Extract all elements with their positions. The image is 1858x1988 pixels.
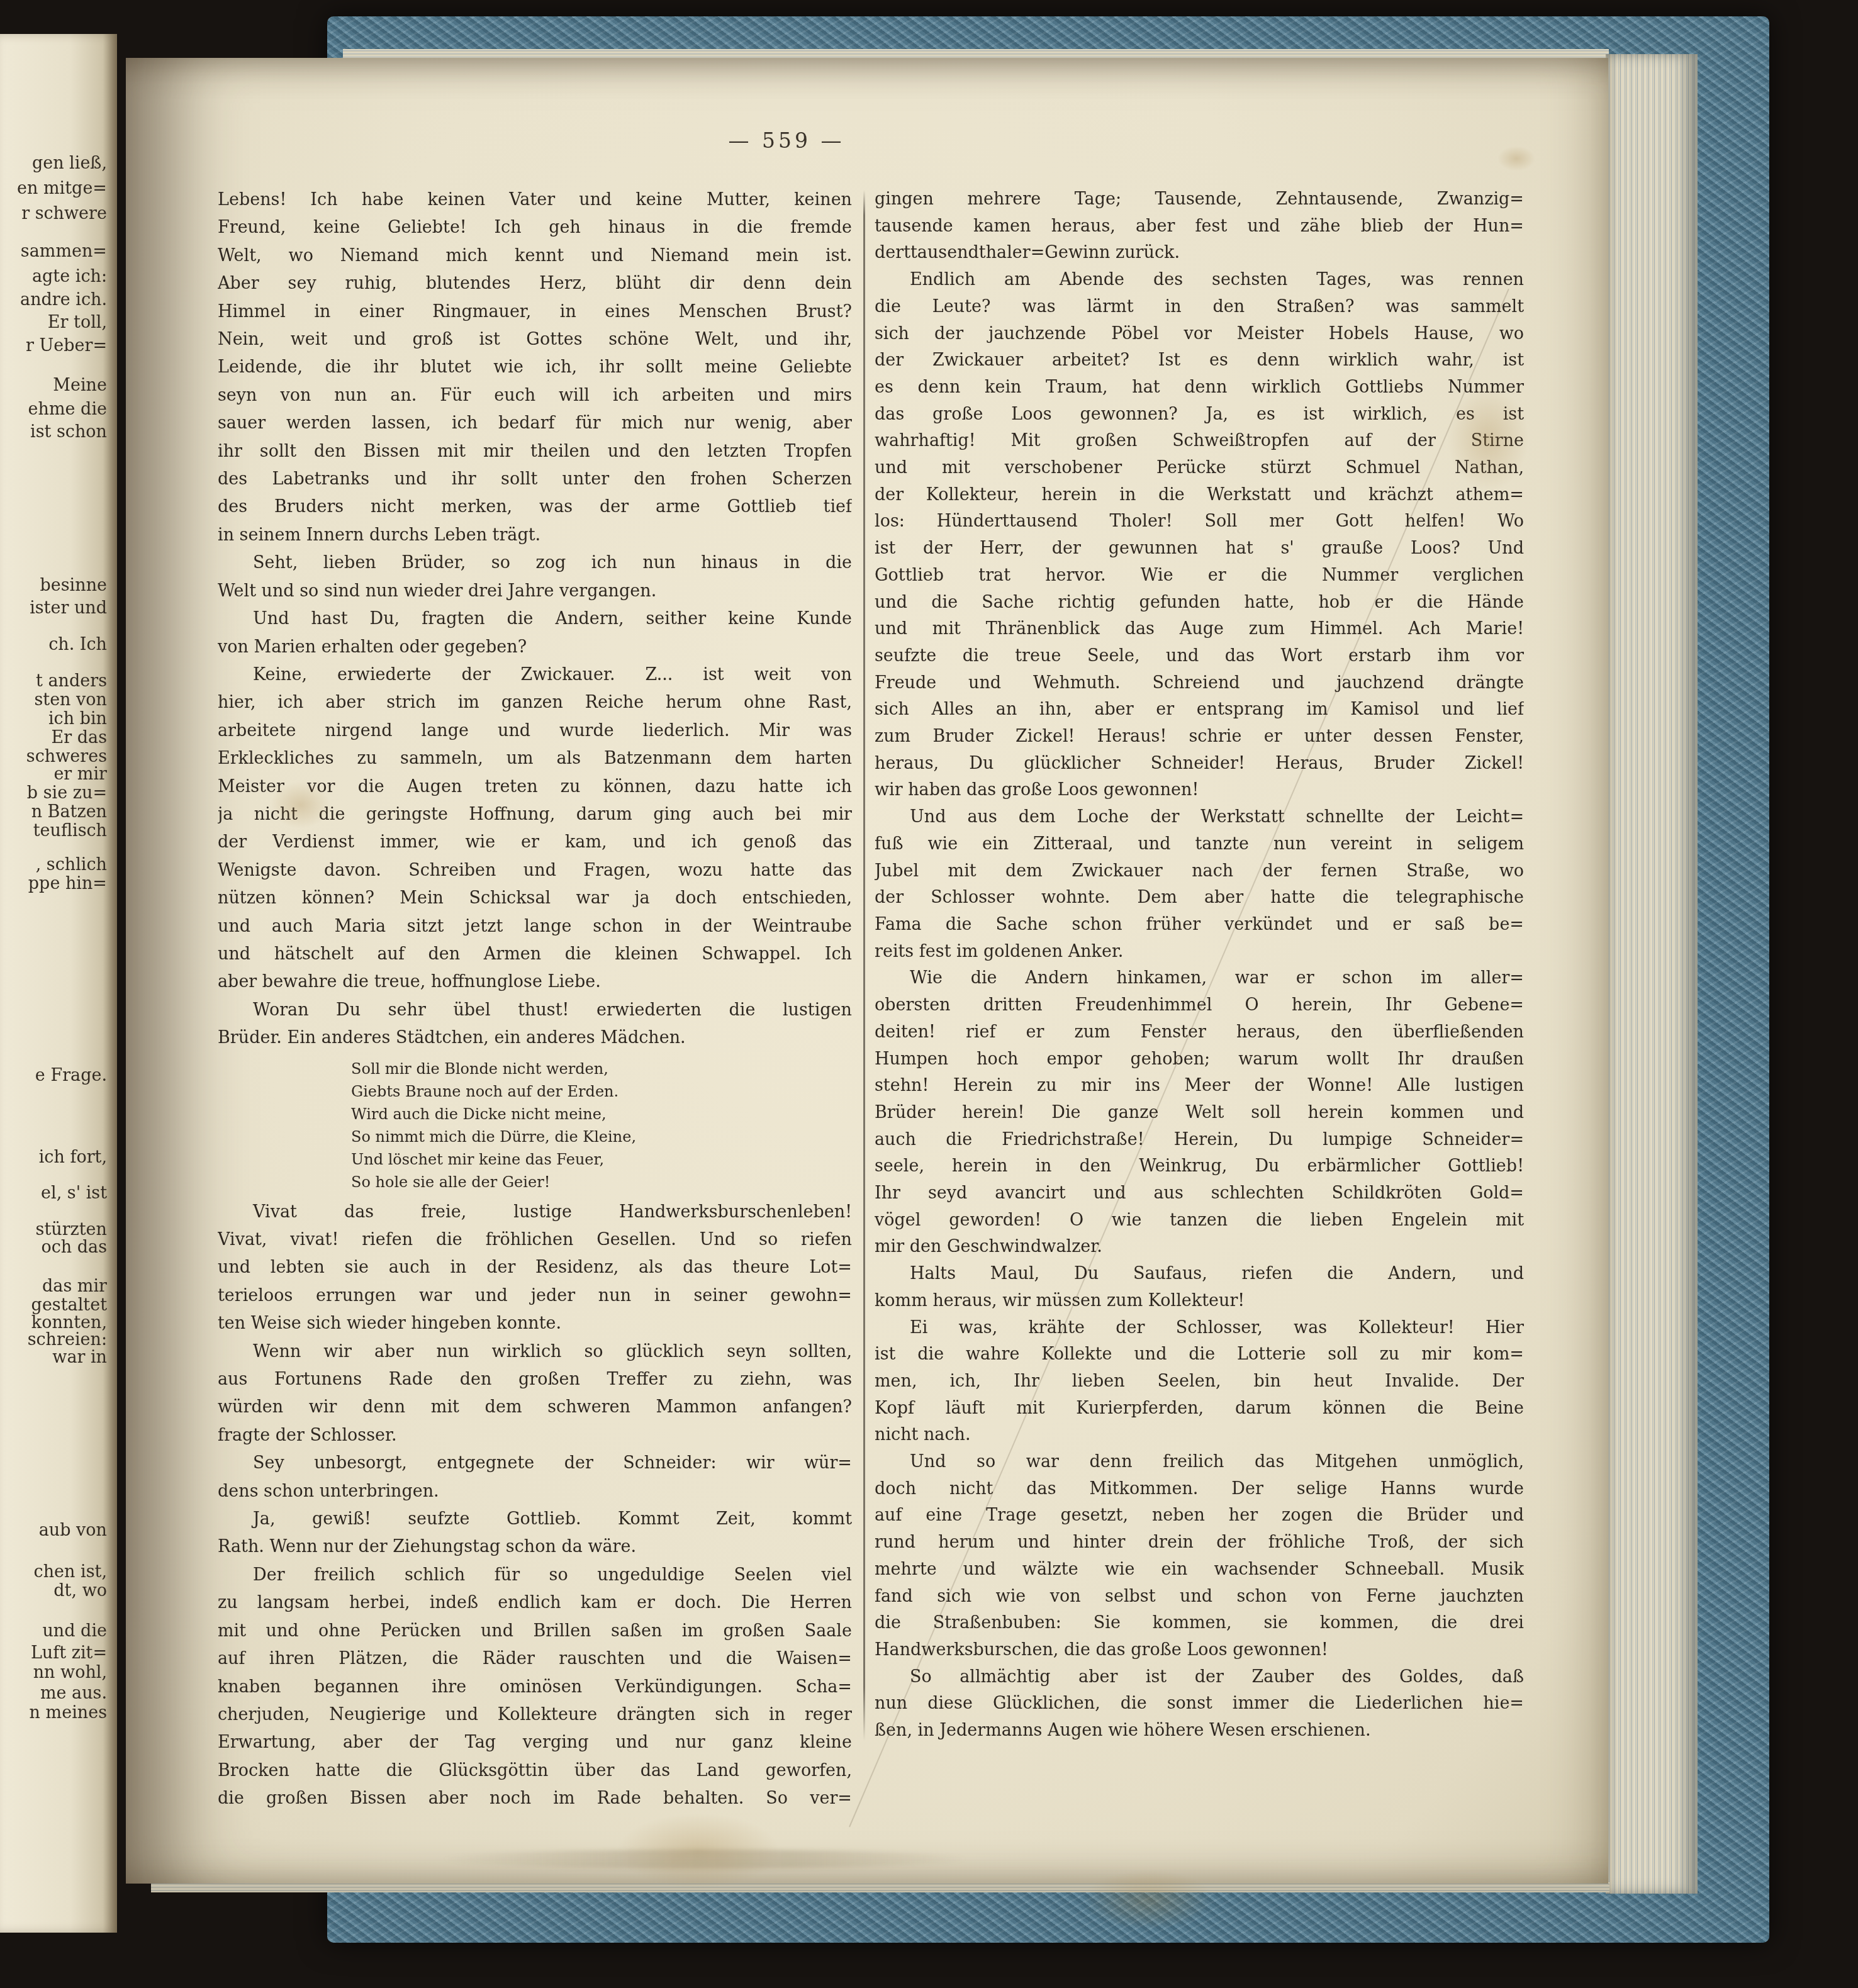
text-line: Er toll, bbox=[48, 313, 107, 332]
page-edge-stack-right bbox=[1606, 54, 1698, 1894]
text-line: und die Sache richtig gefunden hatte, ho… bbox=[875, 589, 1524, 617]
text-line: cherjuden, Neugierige und Kollekteure dr… bbox=[218, 1701, 852, 1729]
text-line: aub von bbox=[39, 1521, 107, 1540]
text-line: Und hast Du, fragten die Andern, seither… bbox=[218, 605, 852, 633]
text-line: Fama die Sache schon früher verkündet un… bbox=[875, 912, 1524, 939]
text-line: mehrte und wälzte wie ein wachsender Sch… bbox=[875, 1556, 1524, 1583]
text-line: wahrhaftig! Mit großen Schweißtropfen au… bbox=[875, 428, 1524, 455]
text-line: los: Hünderttausend Tholer! Soll mer Got… bbox=[875, 508, 1524, 535]
text-line: ister und bbox=[30, 599, 107, 618]
text-line: b sie zu= bbox=[27, 784, 107, 803]
text-line: sauer werden lassen, ich bedarf für mich… bbox=[218, 410, 852, 437]
adjacent-page-fragments: gen ließ,en mitge=r schweresammen=agte i… bbox=[0, 0, 112, 1988]
text-line: dt, wo bbox=[53, 1582, 107, 1600]
text-line: Wenn wir aber nun wirklich so glücklich … bbox=[218, 1338, 852, 1366]
text-line: und die bbox=[42, 1622, 107, 1641]
text-line: tausende kamen heraus, aber fest und zäh… bbox=[875, 213, 1524, 240]
text-line: Ei was, krähte der Schlosser, was Kollek… bbox=[875, 1315, 1524, 1342]
text-line: seufzte die treue Seele, und das Wort er… bbox=[875, 643, 1524, 670]
text-line: Freude und Wehmuth. Schreiend und jauchz… bbox=[875, 670, 1524, 697]
text-line: n meines bbox=[30, 1704, 107, 1723]
text-line: gestaltet bbox=[31, 1296, 107, 1315]
text-line: er mir bbox=[53, 765, 107, 784]
text-line: Rath. Wenn nur der Ziehungstag schon da … bbox=[218, 1533, 852, 1561]
text-line: Brüder. Ein anderes Städtchen, ein ander… bbox=[218, 1024, 852, 1052]
text-line: Handwerksburschen, die das große Loos ge… bbox=[875, 1637, 1524, 1664]
text-line: Welt und so sind nun wieder drei Jahre v… bbox=[218, 578, 852, 605]
text-line: ch. Ich bbox=[48, 635, 107, 654]
text-line: So hole sie alle der Geier! bbox=[218, 1171, 852, 1198]
text-line: obersten dritten Freudenhimmel O herein,… bbox=[875, 992, 1524, 1019]
text-line: gingen mehrere Tage; Tausende, Zehntause… bbox=[875, 186, 1524, 213]
text-line: Nein, weit und groß ist Gottes schöne We… bbox=[218, 326, 852, 354]
text-line: n Batzen bbox=[31, 803, 107, 822]
text-line: die großen Bissen aber noch im Rade beha… bbox=[218, 1785, 852, 1812]
text-line: me aus. bbox=[40, 1684, 107, 1703]
text-line: agte ich: bbox=[32, 267, 107, 286]
text-line: Luft zit= bbox=[31, 1644, 107, 1663]
text-line: el, s' ist bbox=[41, 1184, 107, 1203]
text-line: ist die wahre Kollekte und die Lotterie … bbox=[875, 1341, 1524, 1368]
text-line: ich fort, bbox=[39, 1148, 107, 1167]
text-line: es denn kein Traum, hat denn wirklich Go… bbox=[875, 374, 1524, 401]
text-line: Jubel mit dem Zwickauer nach der fernen … bbox=[875, 858, 1524, 885]
text-line: teuflisch bbox=[33, 822, 107, 840]
text-line: stehn! Herein zu mir ins Meer der Wonne!… bbox=[875, 1073, 1524, 1100]
text-line: Lebens! Ich habe keinen Vater und keine … bbox=[218, 186, 852, 214]
text-line: Seht, lieben Brüder, so zog ich nun hina… bbox=[218, 549, 852, 577]
text-line: das große Loos gewonnen? Ja, es ist wirk… bbox=[875, 401, 1524, 428]
text-line: Freund, keine Geliebte! Ich geh hinaus i… bbox=[218, 214, 852, 242]
text-line: Ja, gewiß! seufzte Gottlieb. Kommt Zeit,… bbox=[218, 1505, 852, 1533]
text-line: e Frage. bbox=[35, 1066, 107, 1085]
text-line: ist schon bbox=[30, 423, 107, 442]
fox-stain bbox=[271, 781, 330, 829]
text-line: stürzten bbox=[36, 1220, 107, 1239]
fox-stain bbox=[1497, 146, 1535, 171]
text-line: Wenigste davon. Schreiben und Fragen, wo… bbox=[218, 857, 852, 885]
text-line: des Bruders nicht merken, was der arme G… bbox=[218, 493, 852, 521]
text-line: schweres bbox=[26, 747, 107, 766]
book-scan-photo: { "page_number": "— 559 —", "colors": { … bbox=[0, 0, 1858, 1988]
text-line: auch die Friedrichstraße! Herein, Du lum… bbox=[875, 1127, 1524, 1154]
text-line: Vivat das freie, lustige Handwerksbursch… bbox=[218, 1198, 852, 1226]
text-line: dens schon unterbringen. bbox=[218, 1478, 852, 1505]
text-line: Aber sey ruhig, blutendes Herz, blüht di… bbox=[218, 270, 852, 298]
text-line: Brüder herein! Die ganze Welt soll herei… bbox=[875, 1100, 1524, 1127]
text-line: zu langsam herbei, indeß endlich kam er … bbox=[218, 1589, 852, 1617]
text-line: von Marien erhalten oder gegeben? bbox=[218, 634, 852, 661]
text-line: aber bewahre die treue, hoffnunglose Lie… bbox=[218, 968, 852, 996]
text-line: Und so war denn freilich das Mitgehen un… bbox=[875, 1449, 1524, 1476]
text-line: Woran Du sehr übel thust! erwiederten di… bbox=[218, 997, 852, 1024]
text-line: So nimmt mich die Dürre, die Kleine, bbox=[218, 1125, 852, 1148]
text-line: , schlich bbox=[36, 856, 107, 874]
text-line: der Verdienst immer, wie er kam, und ich… bbox=[218, 829, 852, 856]
text-line: zum Bruder Zickel! Heraus! schrie er unt… bbox=[875, 723, 1524, 751]
text-line: und auch Maria sitzt jetzt lange schon i… bbox=[218, 913, 852, 941]
text-line: deiten! rief er zum Fenster heraus, den … bbox=[875, 1019, 1524, 1046]
text-line: reits fest im goldenen Anker. bbox=[875, 939, 1524, 966]
text-line: en mitge= bbox=[17, 179, 107, 198]
text-line: in seinem Innern durchs Leben trägt. bbox=[218, 522, 852, 549]
text-line: und lebten sie auch in der Residenz, als… bbox=[218, 1254, 852, 1282]
text-line: mir den Geschwindwalzer. bbox=[875, 1234, 1524, 1261]
text-line: auf eine Trage gesetzt, neben her zogen … bbox=[875, 1502, 1524, 1529]
text-line: war in bbox=[52, 1348, 107, 1367]
text-line: komm heraus, wir müssen zum Kollekteur! bbox=[875, 1288, 1524, 1315]
text-line: r Ueber= bbox=[26, 337, 107, 355]
text-line: t anders bbox=[36, 672, 107, 691]
text-line: Humpen hoch empor gehoben; warum wollt I… bbox=[875, 1046, 1524, 1073]
text-line: nicht nach. bbox=[875, 1422, 1524, 1449]
text-line: Wird auch die Dicke nicht meine, bbox=[218, 1103, 852, 1125]
text-line: andre ich. bbox=[20, 291, 107, 310]
text-line: auf ihren Plätzen, die Räder rauschten u… bbox=[218, 1645, 852, 1673]
text-line: arbeitete nirgend lange und wurde lieder… bbox=[218, 717, 852, 745]
text-line: ppe hin= bbox=[28, 874, 107, 893]
text-line: Und löschet mir keine das Feuer, bbox=[218, 1148, 852, 1171]
text-line: schreien: bbox=[28, 1331, 107, 1349]
text-line: würden wir denn mit dem schweren Mammon … bbox=[218, 1393, 852, 1421]
text-line: ich bin bbox=[48, 710, 107, 729]
page-edge-stack-bottom bbox=[151, 1882, 1609, 1892]
text-line: Halts Maul, Du Saufaus, riefen die Ander… bbox=[875, 1261, 1524, 1288]
text-line: aus Fortunens Rade den großen Treffer zu… bbox=[218, 1366, 852, 1393]
text-line: der Kollekteur, herein in die Werkstatt … bbox=[875, 482, 1524, 509]
text-line: sich der jauchzende Pöbel vor Meister Ho… bbox=[875, 321, 1524, 348]
text-line: Kopf läuft mit Kurierpferden, darum könn… bbox=[875, 1395, 1524, 1422]
text-line: chen ist, bbox=[34, 1563, 107, 1582]
text-line: knaben begannen ihre ominösen Verkündigu… bbox=[218, 1673, 852, 1701]
text-line: r schwere bbox=[21, 204, 107, 223]
text-line: ßen, in Jedermanns Augen wie höhere Wese… bbox=[875, 1717, 1524, 1745]
text-line: seele, herein in den Weinkrug, Du erbärm… bbox=[875, 1153, 1524, 1180]
text-line: ten Weise sich wieder hingeben konnte. bbox=[218, 1310, 852, 1337]
showthrough-smudge bbox=[440, 1850, 969, 1868]
text-line: Erkleckliches zu sammeln, um als Batzenm… bbox=[218, 745, 852, 773]
text-line: Der freilich schlich für so ungeduldige … bbox=[218, 1561, 852, 1589]
text-line: Brocken hatte die Glücksgöttin über das … bbox=[218, 1757, 852, 1785]
text-line: Endlich am Abende des sechsten Tages, wa… bbox=[875, 267, 1524, 294]
text-line: besinne bbox=[40, 576, 107, 595]
text-line: gen ließ, bbox=[32, 154, 107, 173]
text-line: Er das bbox=[52, 729, 107, 747]
text-line: heraus, Du glücklicher Schneider! Heraus… bbox=[875, 751, 1524, 778]
text-line: und hätschelt auf den Armen die kleinen … bbox=[218, 941, 852, 968]
text-line: und mit Thränenblick das Auge zum Himmel… bbox=[875, 616, 1524, 643]
text-line: ist der Herr, der gewunnen hat s' grauße… bbox=[875, 535, 1524, 562]
text-line: doch nicht das Mitkommen. Der selige Han… bbox=[875, 1476, 1524, 1503]
text-line: die Straßenbuben: Sie kommen, sie kommen… bbox=[875, 1610, 1524, 1637]
text-line: Soll mir die Blonde nicht werden, bbox=[218, 1053, 852, 1080]
column-divider bbox=[863, 190, 865, 1741]
text-line: men, ich, Ihr lieben Seelen, bin heut In… bbox=[875, 1368, 1524, 1395]
text-line: seyn von nun an. Für euch will ich arbei… bbox=[218, 382, 852, 410]
left-column: Lebens! Ich habe keinen Vater und keine … bbox=[218, 186, 852, 1813]
text-line: die Leute? was lärmt in den Straßen? was… bbox=[875, 294, 1524, 321]
text-line: fuß wie ein Zitteraal, und tanzte nun ve… bbox=[875, 831, 1524, 858]
text-line: Welt, wo Niemand mich kennt und Niemand … bbox=[218, 242, 852, 270]
text-line: nützen können? Mein Schicksal war ja doc… bbox=[218, 885, 852, 912]
text-line: der Schlosser wohnte. Dem aber hatte die… bbox=[875, 885, 1524, 912]
text-line: Keine, erwiederte der Zwickauer. Z... is… bbox=[218, 661, 852, 689]
text-line: hier, ich aber strich im ganzen Reiche h… bbox=[218, 689, 852, 717]
text-line: Leidende, die ihr blutet wie ich, ihr so… bbox=[218, 354, 852, 381]
text-line: fand sich wie von selbst und schon von F… bbox=[875, 1583, 1524, 1611]
text-line: sich Alles an ihn, aber er entsprang im … bbox=[875, 696, 1524, 723]
text-line: Giebts Braune noch auf der Erden. bbox=[218, 1080, 852, 1103]
text-line: Wie die Andern hinkamen, war er schon im… bbox=[875, 965, 1524, 992]
text-line: Ihr seyd avancirt und aus schlechten Sch… bbox=[875, 1180, 1524, 1207]
text-line: fragte der Schlosser. bbox=[218, 1422, 852, 1449]
text-line: Gottlieb trat hervor. Wie er die Nummer … bbox=[875, 562, 1524, 589]
text-line: Sey unbesorgt, entgegnete der Schneider:… bbox=[218, 1449, 852, 1477]
text-line: nun diese Glücklichen, die sonst immer d… bbox=[875, 1690, 1524, 1717]
text-line: So allmächtig aber ist der Zauber des Go… bbox=[875, 1664, 1524, 1691]
text-line: och das bbox=[41, 1238, 107, 1257]
scan-page: — 559 — Lebens! Ich habe keinen Vater un… bbox=[126, 58, 1608, 1884]
text-line: rund herum und hinter drein der fröhlich… bbox=[875, 1529, 1524, 1556]
text-line: Meine bbox=[53, 376, 107, 395]
text-line: ehme die bbox=[28, 400, 107, 419]
fox-stain bbox=[1082, 1870, 1214, 1929]
right-column: gingen mehrere Tage; Tausende, Zehntause… bbox=[875, 186, 1524, 1745]
text-line: ihr sollt den Bissen mit mir theilen und… bbox=[218, 438, 852, 466]
text-line: sammen= bbox=[21, 242, 107, 261]
text-line: Vivat, vivat! riefen die fröhlichen Gese… bbox=[218, 1226, 852, 1254]
text-line: terieloos errungen war und jeder nun in … bbox=[218, 1282, 852, 1310]
text-line: derttausendthaler=Gewinn zurück. bbox=[875, 240, 1524, 267]
text-line: nn wohl, bbox=[33, 1663, 107, 1682]
text-line: Himmel in einer Ringmauer, in eines Mens… bbox=[218, 298, 852, 326]
text-line: das mir bbox=[42, 1277, 107, 1296]
text-line: mit und ohne Perücken und Brillen saßen … bbox=[218, 1617, 852, 1645]
text-line: des Labetranks und ihr sollt unter den f… bbox=[218, 466, 852, 493]
text-line: wir haben das große Loos gewonnen! bbox=[875, 777, 1524, 804]
text-line: sten von bbox=[34, 691, 107, 710]
text-line: Erwartung, aber der Tag verging und nur … bbox=[218, 1729, 852, 1756]
text-line: Und aus dem Loche der Werkstatt schnellt… bbox=[875, 804, 1524, 831]
text-line: der Zwickauer arbeitet? Ist es denn wirk… bbox=[875, 347, 1524, 374]
text-line: vögel geworden! O wie tanzen die lieben … bbox=[875, 1207, 1524, 1234]
page-number: — 559 — bbox=[126, 128, 1447, 153]
